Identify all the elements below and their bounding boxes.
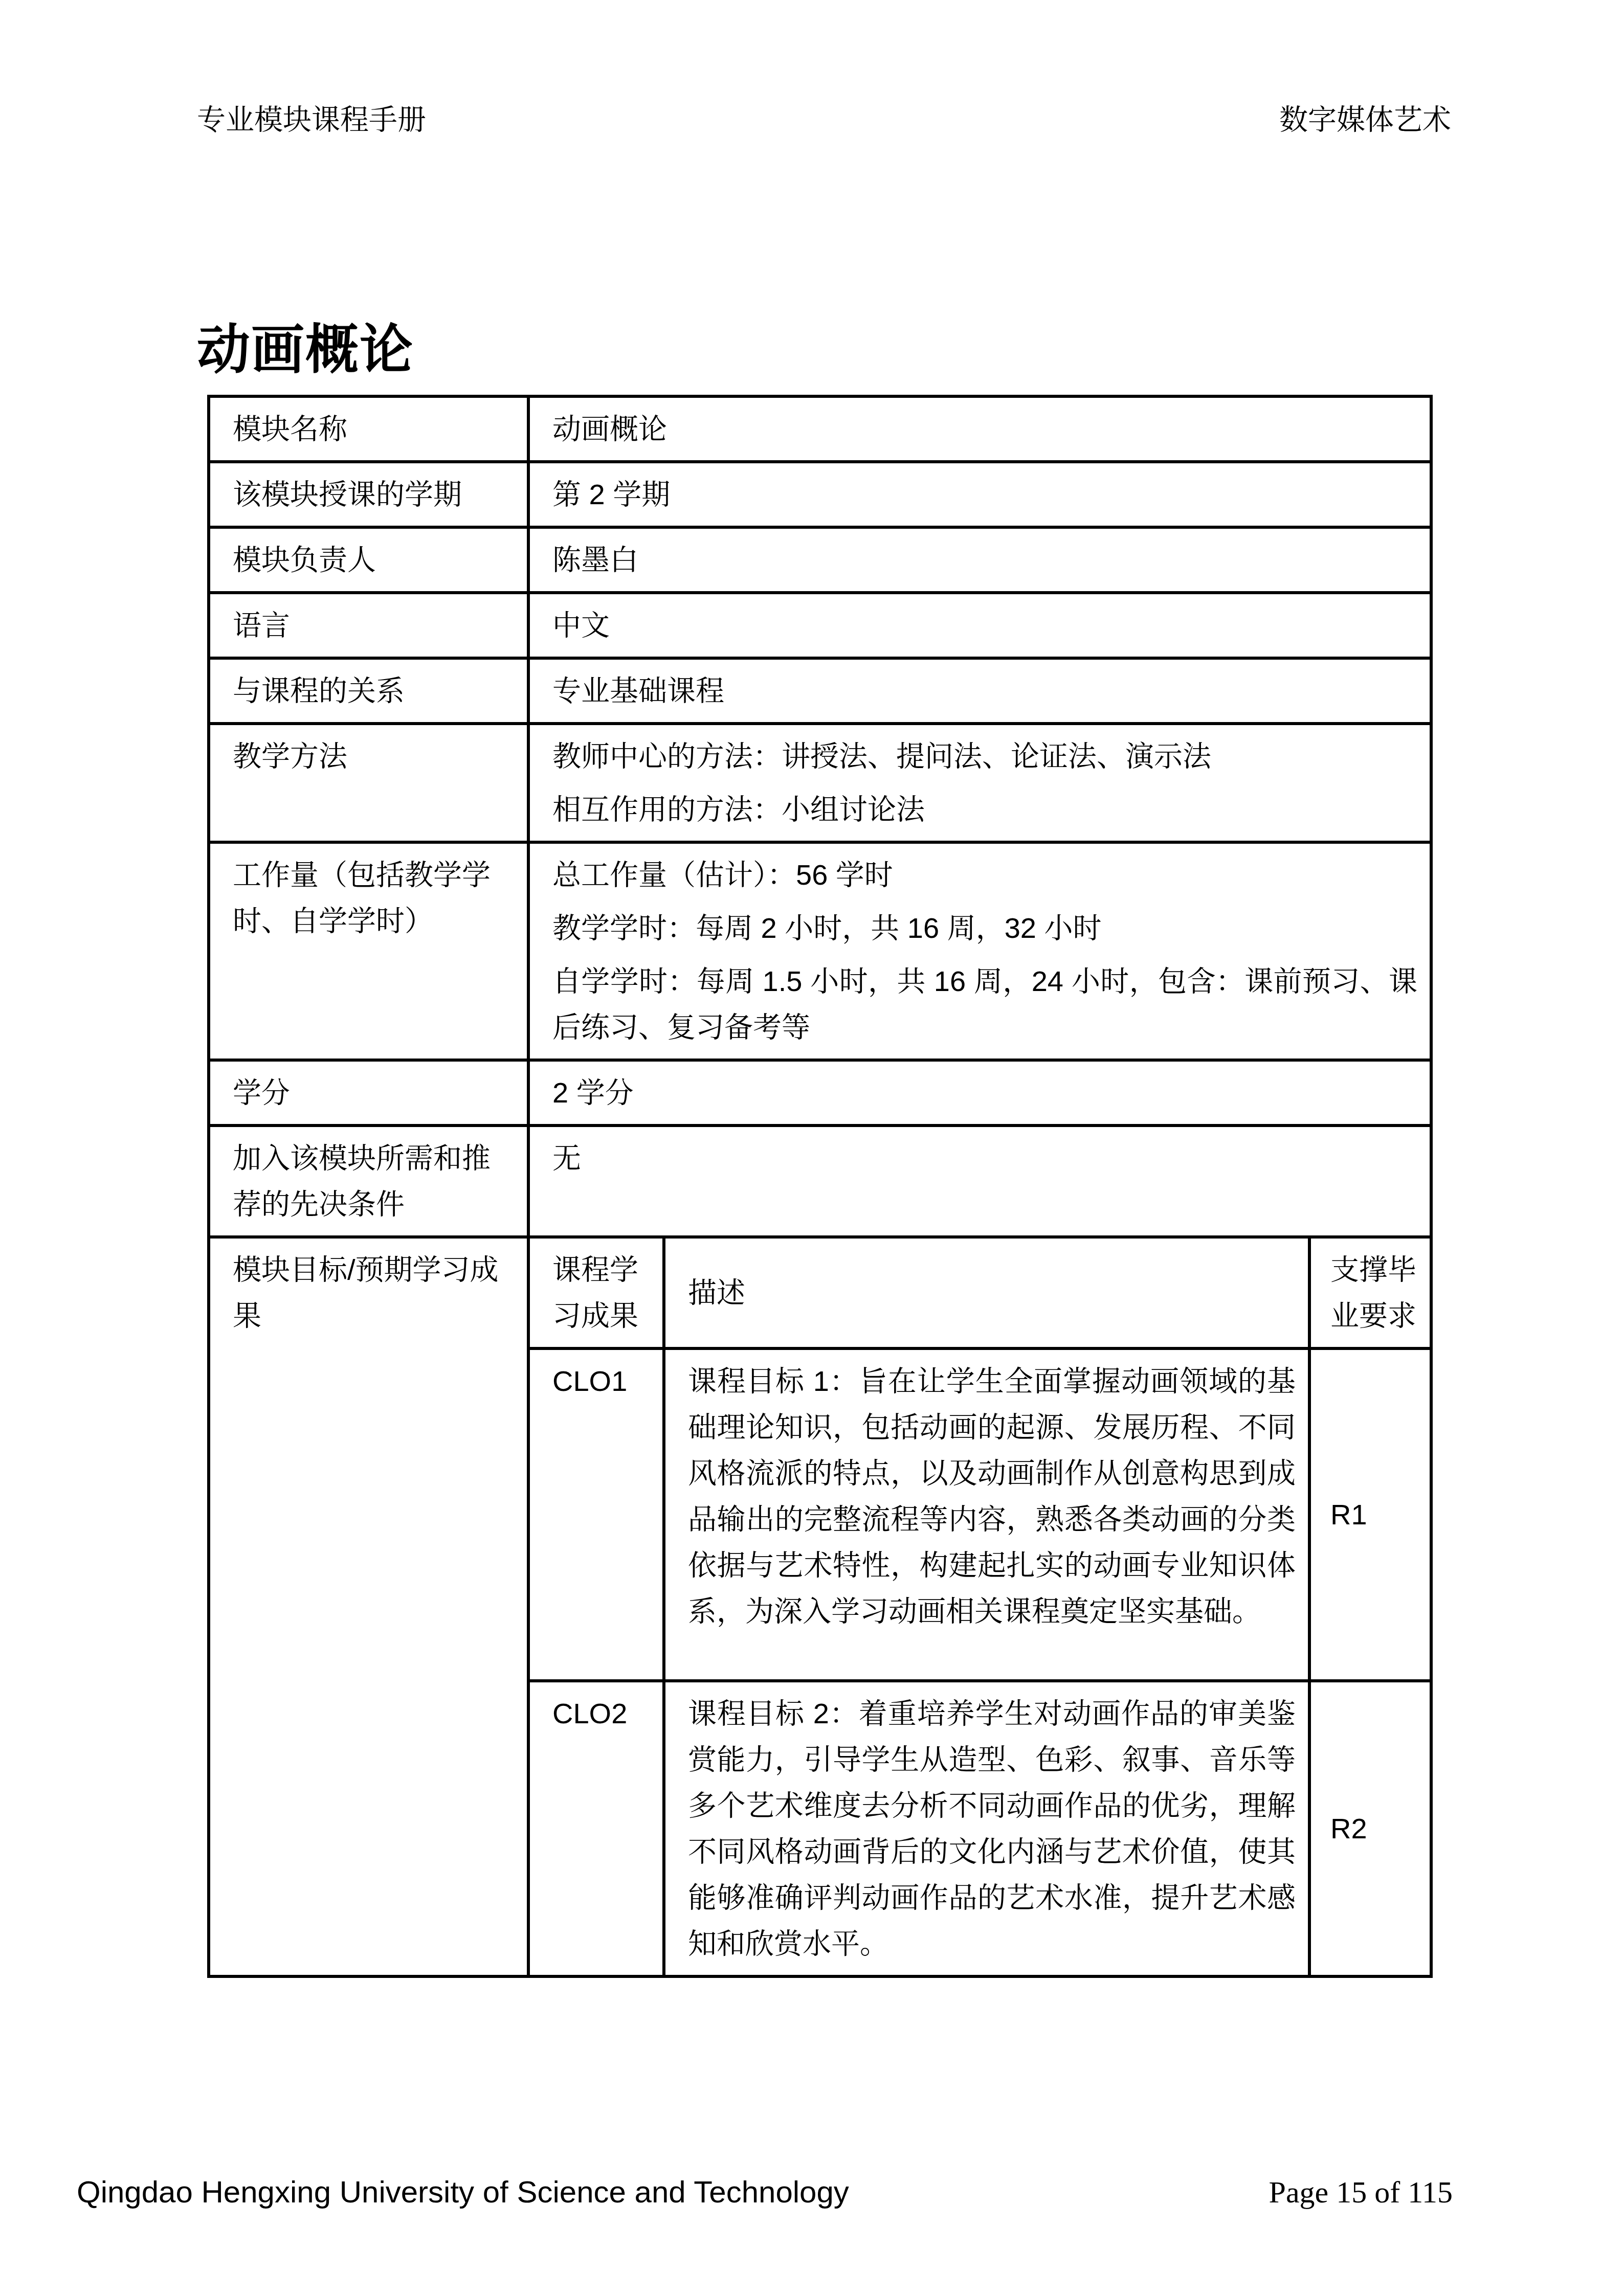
row-label-teaching-methods: 教学方法 <box>209 724 528 842</box>
row-value-workload: 总工作量（估计）：56 学时教学学时：每周 2 小时，共 16 周，32 小时自… <box>528 842 1431 1060</box>
table-row: 加入该模块所需和推荐的先决条件 无 <box>209 1126 1431 1237</box>
outcomes-header-row: 模块目标/预期学习成果 课程学习成果 描述 支撑毕业要求 <box>209 1237 1431 1348</box>
outcomes-col-header-clo: 课程学习成果 <box>528 1237 664 1348</box>
row-value-semester: 第 2 学期 <box>528 462 1431 527</box>
header-left-text: 专业模块课程手册 <box>197 100 426 139</box>
row-value-language: 中文 <box>528 593 1431 658</box>
row-label-module-leader: 模块负责人 <box>209 527 528 593</box>
module-info-table: 模块名称 动画概论 该模块授课的学期 第 2 学期 模块负责人 陈墨白 语言 中… <box>207 395 1433 1978</box>
row-value-module-leader: 陈墨白 <box>528 527 1431 593</box>
row-label-prerequisites: 加入该模块所需和推荐的先决条件 <box>209 1126 528 1237</box>
row-label-language: 语言 <box>209 593 528 658</box>
outcomes-col-header-description: 描述 <box>664 1237 1309 1348</box>
clo1-description: 课程目标 1：旨在让学生全面掌握动画领域的基础理论知识，包括动画的起源、发展历程… <box>664 1348 1309 1681</box>
clo1-id: CLO1 <box>528 1348 664 1681</box>
row-value-prerequisites: 无 <box>528 1126 1431 1237</box>
page-header: 专业模块课程手册 数字媒体艺术 <box>197 100 1451 139</box>
footer-university-name: Qingdao Hengxing University of Science a… <box>77 2174 849 2210</box>
clo1-requirement: R1 <box>1309 1348 1431 1681</box>
row-label-curriculum-relation: 与课程的关系 <box>209 658 528 724</box>
page-title: 动画概论 <box>197 318 414 382</box>
row-value-module-name: 动画概论 <box>528 396 1431 462</box>
row-value-curriculum-relation: 专业基础课程 <box>528 658 1431 724</box>
header-right-text: 数字媒体艺术 <box>1279 100 1451 139</box>
table-row: 语言 中文 <box>209 593 1431 658</box>
clo2-description: 课程目标 2：着重培养学生对动画作品的审美鉴赏能力，引导学生从造型、色彩、叙事、… <box>664 1681 1309 1976</box>
table-row: 模块负责人 陈墨白 <box>209 527 1431 593</box>
table-row: 该模块授课的学期 第 2 学期 <box>209 462 1431 527</box>
table-row: 模块名称 动画概论 <box>209 396 1431 462</box>
row-label-workload: 工作量（包括教学学时、自学学时） <box>209 842 528 1060</box>
row-label-module-name: 模块名称 <box>209 396 528 462</box>
clo2-requirement: R2 <box>1309 1681 1431 1976</box>
clo2-id: CLO2 <box>528 1681 664 1976</box>
outcomes-col-header-requirement: 支撑毕业要求 <box>1309 1237 1431 1348</box>
table-row: 教学方法 教师中心的方法：讲授法、提问法、论证法、演示法相互作用的方法：小组讨论… <box>209 724 1431 842</box>
table-row: 与课程的关系 专业基础课程 <box>209 658 1431 724</box>
table-row: 工作量（包括教学学时、自学学时） 总工作量（估计）：56 学时教学学时：每周 2… <box>209 842 1431 1060</box>
row-label-credits: 学分 <box>209 1060 528 1126</box>
page-footer: Qingdao Hengxing University of Science a… <box>77 2174 1453 2210</box>
document-page: 专业模块课程手册 数字媒体艺术 动画概论 模块名称 动画概论 该模块授课的学期 … <box>0 0 1624 2296</box>
row-label-module-objectives: 模块目标/预期学习成果 <box>209 1237 528 1976</box>
table-row: 学分 2 学分 <box>209 1060 1431 1126</box>
row-value-credits: 2 学分 <box>528 1060 1431 1126</box>
footer-page-number: Page 15 of 115 <box>1269 2175 1453 2210</box>
row-value-teaching-methods: 教师中心的方法：讲授法、提问法、论证法、演示法相互作用的方法：小组讨论法 <box>528 724 1431 842</box>
row-label-semester: 该模块授课的学期 <box>209 462 528 527</box>
